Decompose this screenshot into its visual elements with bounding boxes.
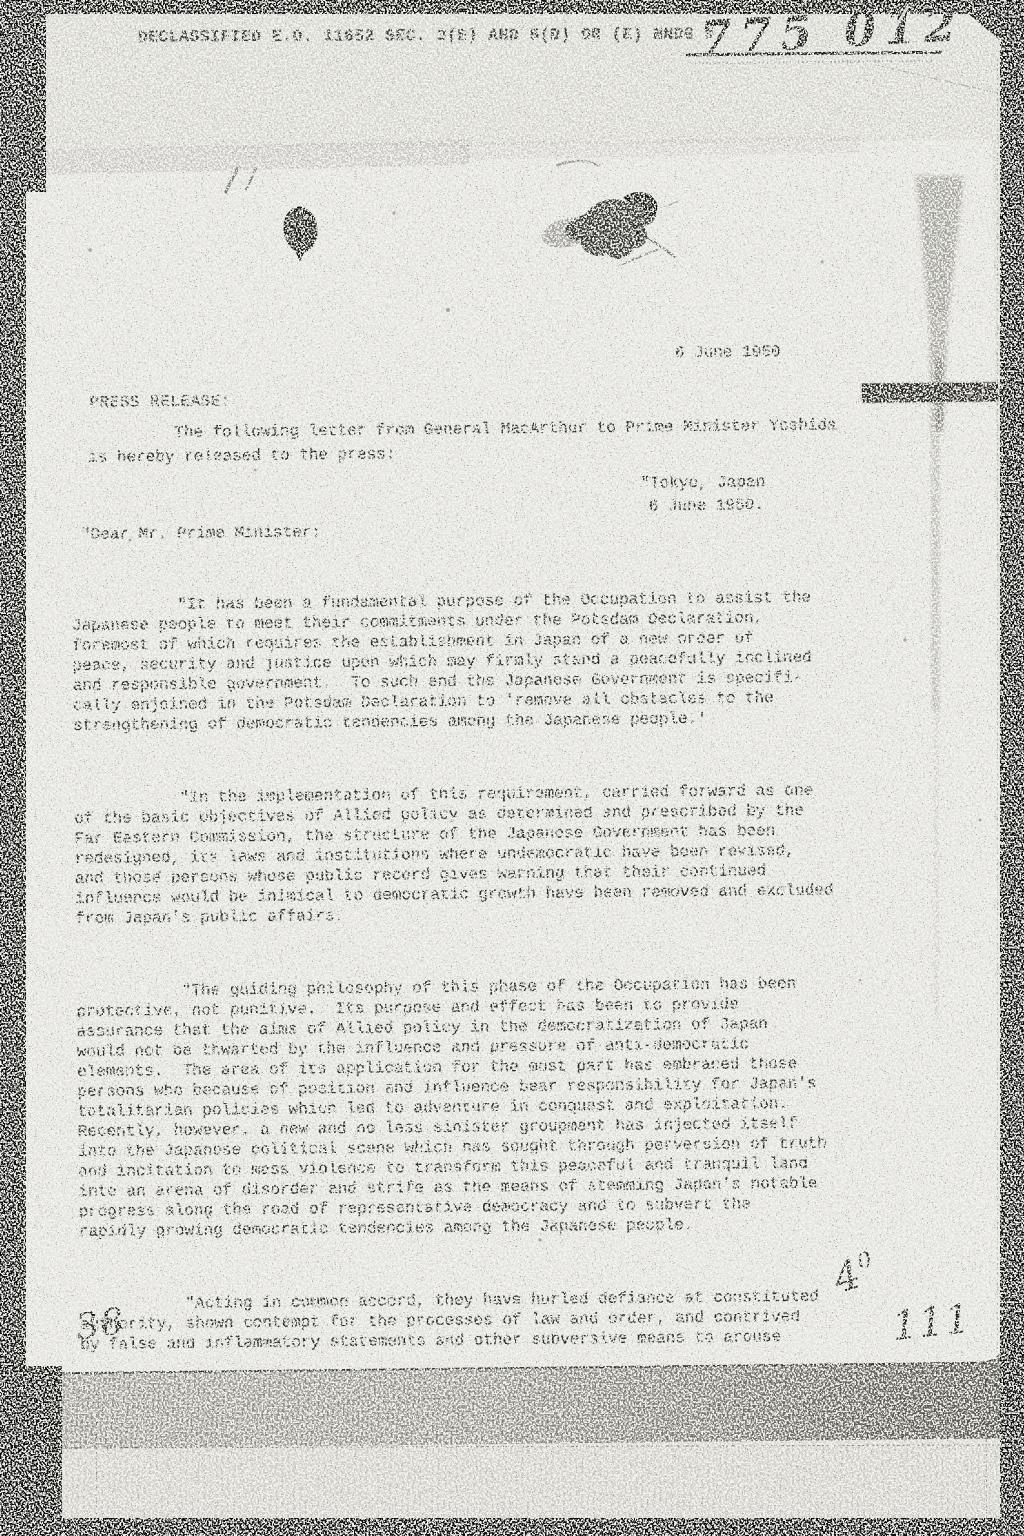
letter-content: 6 June 1950 PRESS RELEASE: The following… (7, 140, 1007, 1373)
vertical-crease-line (997, 58, 998, 1350)
letter-paragraph: "It has been a fundamental purpose of th… (72, 587, 874, 736)
declassification-stamp-text: DECLASSIFIED E.O. 11652 SEC. 3(E) AND 5(… (138, 24, 715, 46)
release-intro-paragraph: The following letter from General MacArt… (88, 413, 837, 469)
left-dashed-crease (96, 1392, 97, 1514)
press-release-page: 6 June 1950 PRESS RELEASE: The following… (7, 140, 1007, 1375)
letter-salutation: "Dear Mr. Prime Minister: (81, 522, 321, 545)
handwritten-tally-marks: 111 (890, 1296, 974, 1350)
handwritten-page-number: 38 (73, 1300, 129, 1348)
outer-page-bottom-strip (24, 1444, 1006, 1525)
stamp-bar-number: 111 (952, 383, 991, 400)
letter-paragraph: "The guiding philosophy of this phase of… (76, 973, 879, 1242)
press-release-label: PRESS RELEASE: (89, 391, 231, 413)
letter-body: "It has been a fundamental purpose of th… (71, 547, 881, 1408)
date-line-top: 6 June 1950 (675, 342, 781, 363)
letter-paragraph: "In the implementation of this requireme… (74, 780, 876, 929)
scanned-document: DECLASSIFIED E.O. 11652 SEC. 3(E) AND 5(… (0, 0, 1024, 1536)
letter-paragraph: "Acting in common accord, they have hurl… (80, 1286, 881, 1355)
right-dashed-crease (986, 1358, 987, 1518)
reference-stamp-bar: 111 (862, 382, 998, 402)
letter-date-line: 6 June 1950. (649, 495, 764, 516)
letter-place-line: "Tokyo, Japan (640, 472, 765, 493)
